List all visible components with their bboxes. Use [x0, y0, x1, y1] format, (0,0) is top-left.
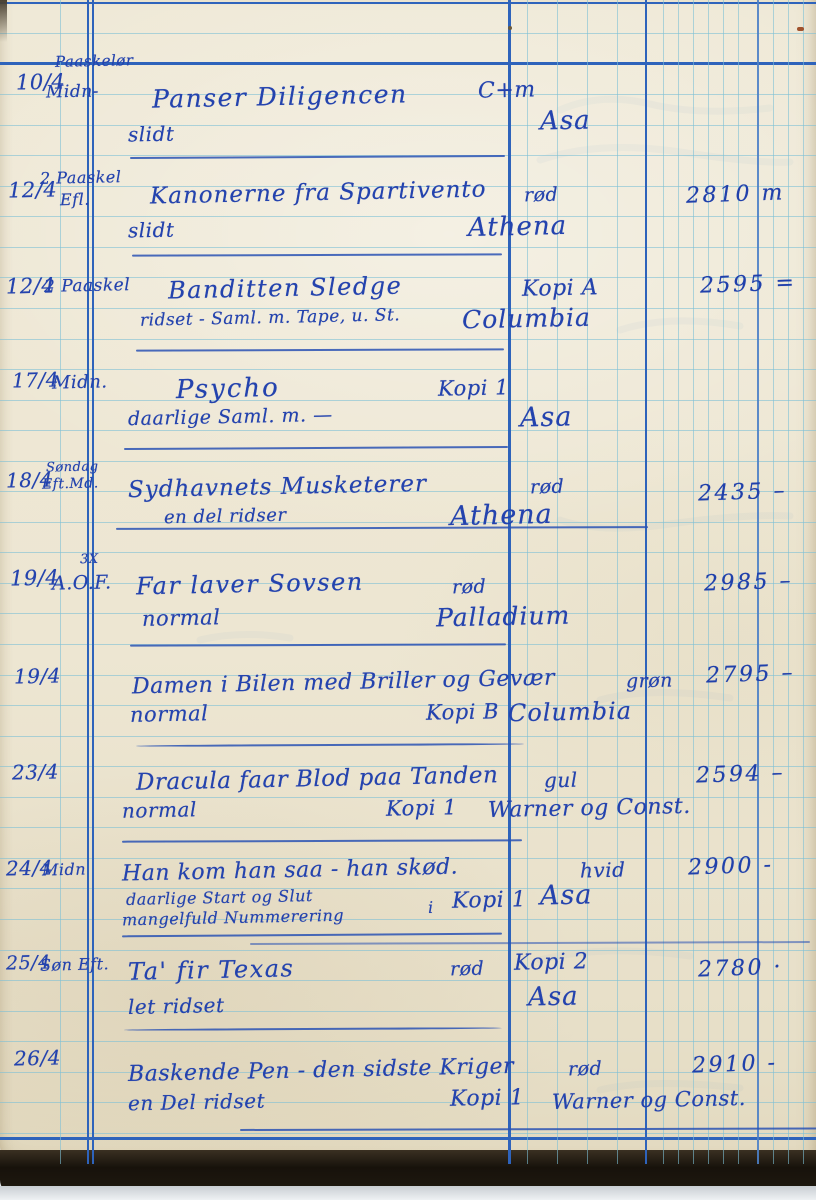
entry-daynote-2: Midn-: [46, 81, 99, 102]
distributor: Asa: [540, 105, 591, 136]
paper-speck: [508, 26, 512, 30]
print-copy: Kopi A: [522, 275, 599, 302]
film-length: 2900 -: [688, 853, 774, 881]
distributor: Warner og Const.: [552, 1086, 746, 1114]
distributor: Athena: [468, 211, 568, 243]
print-color: rød: [450, 958, 485, 981]
print-color: rød: [452, 576, 487, 599]
entry-daynote: Midn.: [52, 371, 108, 393]
print-copy: Kopi 2: [514, 949, 589, 976]
entry-daynote-2: Efl.: [60, 190, 90, 210]
entry-date: 26/4: [14, 1046, 61, 1071]
film-length: 2985 –: [704, 568, 794, 596]
vertical-rule: [803, 0, 804, 1164]
film-length: 2910 -: [692, 1051, 778, 1079]
entry-daynote: 2 Paaskel: [44, 275, 131, 297]
print-color: rød: [530, 476, 565, 499]
distributor: Columbia: [462, 303, 591, 335]
film-length: 2594 –: [696, 760, 786, 788]
vertical-rule: [693, 0, 694, 1164]
film-length: 2595 =: [700, 270, 797, 298]
print-copy: Kopi 1: [450, 1085, 525, 1112]
spine-shadow: [0, 0, 7, 42]
film-length: 2435 –: [698, 478, 788, 506]
print-color: rød: [524, 184, 559, 207]
vertical-rule: [617, 0, 618, 1164]
film-length: 2780 ·: [698, 955, 784, 983]
film-title: Banditten Sledge: [168, 272, 403, 305]
print-color: grøn: [626, 670, 673, 693]
print-copy: Kopi 1: [438, 375, 509, 400]
vertical-rule: [587, 0, 588, 1164]
condition-note: slidt: [128, 218, 175, 243]
distributor: Warner og Const.: [488, 794, 691, 823]
film-title: Panser Diligencen: [152, 79, 408, 113]
film-title: Ta' fir Texas: [128, 954, 295, 985]
vertical-rule: [645, 0, 647, 1164]
entry-daynote: Midn: [42, 860, 86, 880]
entry-daynote: Søndag: [46, 459, 99, 475]
print-copy: Kopi 1: [386, 795, 457, 820]
condition-note: en del ridser: [164, 505, 287, 529]
vertical-rule: [678, 0, 679, 1164]
print-mark: C+m: [478, 77, 536, 103]
entry-date: 19/4: [14, 664, 61, 689]
entry-daynote-2: Eft.Md.: [42, 475, 99, 492]
paper-speck: [797, 27, 804, 31]
vertical-rule: [508, 0, 511, 1164]
film-title: Far laver Sovsen: [136, 568, 364, 601]
print-copy: Kopi B: [426, 699, 500, 725]
distributor: Columbia: [508, 697, 633, 728]
print-copy: Kopi 1: [452, 887, 527, 914]
distributor: Asa: [540, 879, 593, 911]
entry-daynote: Paaskelør: [55, 51, 134, 71]
condition-note: en Del ridset: [128, 1089, 266, 1116]
condition-note: normal: [142, 605, 221, 631]
condition-note: daarlige Start og Slut: [126, 886, 313, 909]
vertical-rule: [663, 0, 664, 1164]
film-length: 2795 –: [706, 660, 796, 688]
entry-extra: i: [428, 898, 434, 917]
scanner-background: [0, 1186, 816, 1200]
entry-date: 23/4: [12, 760, 59, 785]
print-color: gul: [544, 768, 578, 793]
condition-note: let ridset: [128, 993, 225, 1019]
condition-note: daarlige Saml. m. —: [128, 404, 333, 430]
condition-note: normal: [122, 797, 197, 823]
condition-note: normal: [130, 701, 209, 727]
distributor: Palladium: [436, 601, 571, 633]
condition-note: slidt: [128, 122, 175, 147]
entry-daynote: 2 Paaskel: [40, 167, 122, 188]
entry-daynote-sup: 3X: [80, 552, 99, 567]
distributor: Asa: [528, 981, 579, 1012]
film-title: Psycho: [176, 373, 280, 405]
film-length: 2810 m: [686, 180, 786, 208]
entry-daynote: Søn Eft.: [40, 954, 109, 974]
ledger-page: 10/4 Paaskelør Midn- Panser Diligencen C…: [0, 0, 816, 1200]
print-color: rød: [568, 1058, 603, 1081]
entry-daynote: A.O.F.: [52, 571, 112, 594]
distributor: Asa: [520, 401, 573, 433]
